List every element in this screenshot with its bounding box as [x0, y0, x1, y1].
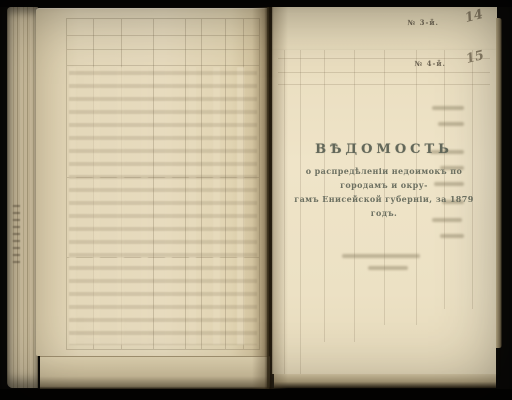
ghost-text-smudge — [440, 234, 464, 238]
page-stack-edge — [7, 7, 38, 388]
bleed-through-table — [66, 18, 260, 350]
folio-number-pencil: 15 — [464, 48, 485, 67]
right-fore-edge — [496, 18, 502, 348]
ghost-text-smudge — [438, 122, 464, 126]
subtitle-line-2: гамъ Енисейской губерніи, за 1879 годъ. — [294, 194, 473, 218]
ghost-row-line — [67, 35, 259, 36]
ghost-text-smudge — [432, 106, 464, 110]
background-bottom — [0, 389, 512, 400]
ghost-row-line — [67, 65, 259, 66]
back-leaf-top-strip: № 3-й. 14 — [272, 6, 497, 51]
ghost-row-line — [278, 84, 490, 85]
ghost-text-smudge — [342, 254, 420, 258]
archival-book-photo: № 3-й. 14 № 4-й. 15 ВѢДОМОСТЬ — [0, 0, 512, 400]
ghost-table-entries — [69, 67, 257, 345]
folio-number-pencil-back: 14 — [463, 7, 484, 26]
vedomost-title: ВѢДОМОСТЬ — [284, 142, 484, 157]
ghost-row-line — [67, 49, 259, 50]
vedomost-subtitle: о распредѣленіи недоимокъ по городамъ и … — [284, 164, 484, 220]
underlying-page-edge-right — [274, 374, 496, 388]
gutter-line — [267, 6, 269, 390]
ghost-text-smudge — [368, 266, 408, 270]
sheet-number-stamp-back: № 3-й. — [408, 18, 439, 27]
heading-block: ВѢДОМОСТЬ о распредѣленіи недоимокъ по г… — [284, 142, 484, 220]
ghost-row-line — [278, 58, 490, 59]
subtitle-line-1: о распредѣленіи недоимокъ по городамъ и … — [306, 166, 463, 190]
ghost-row-line — [278, 72, 490, 73]
sheet-number-stamp: № 4-й. — [415, 59, 446, 68]
left-page — [36, 8, 268, 356]
background-top — [0, 0, 512, 7]
right-page: № 4-й. 15 ВѢДОМОСТЬ о распредѣленіи недо… — [272, 50, 496, 374]
fore-edge-inscription — [13, 205, 20, 263]
underlying-page-edge-left — [40, 356, 270, 389]
